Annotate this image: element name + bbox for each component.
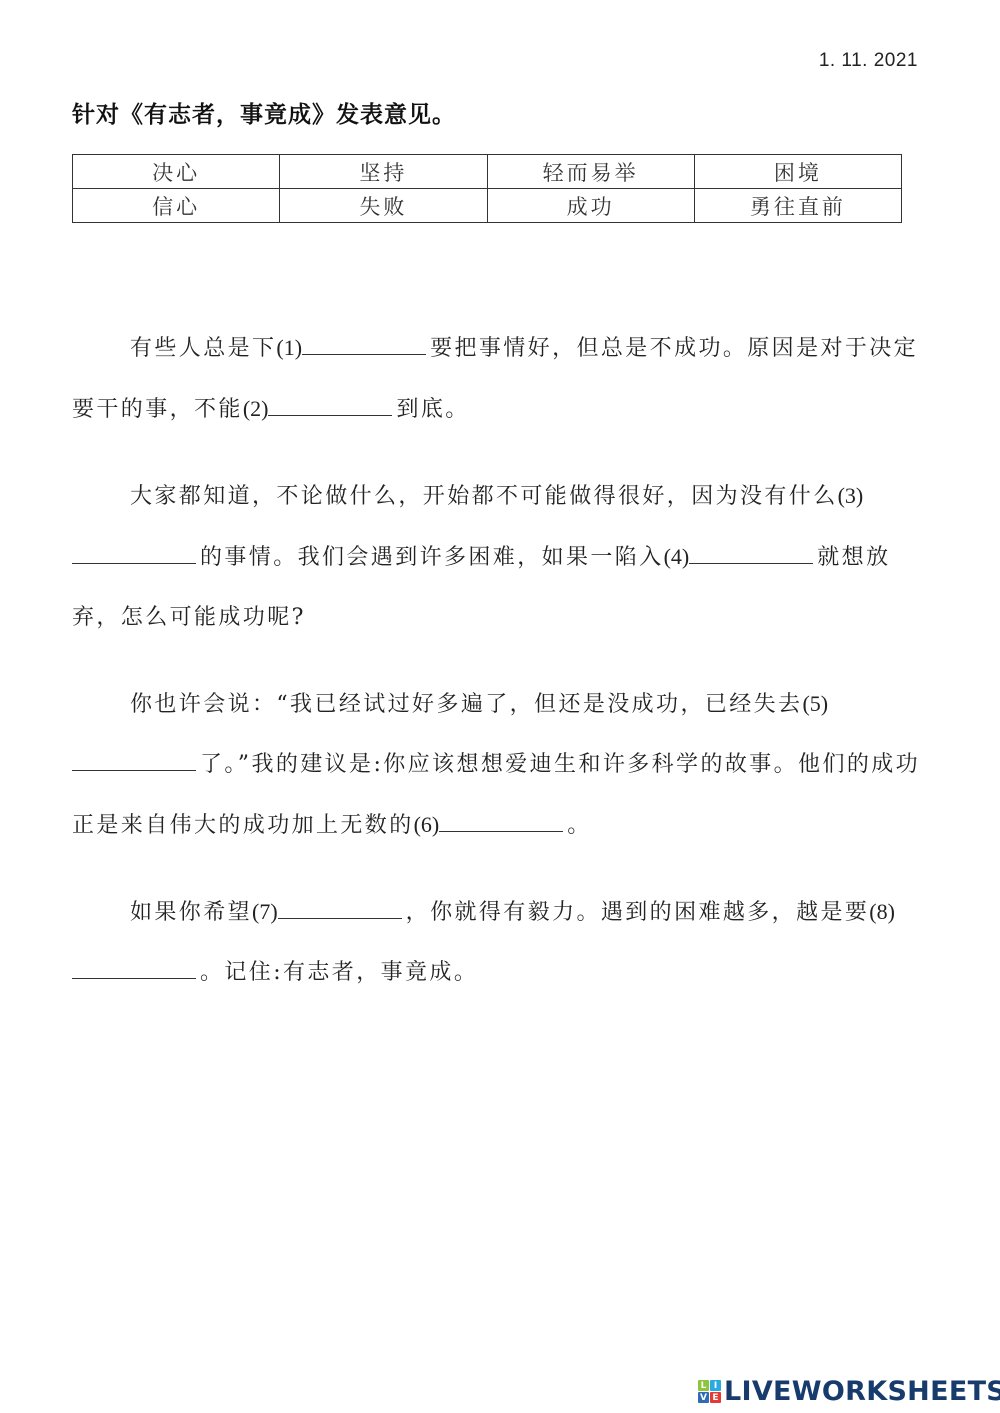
word-bank-cell: 失败	[280, 189, 487, 223]
passage-text: ，你就得有毅力。遇到的困难越多，越是要	[406, 900, 870, 925]
word-bank-row: 信心 失败 成功 勇往直前	[73, 189, 902, 223]
blank-label-8: (8)	[869, 899, 895, 924]
passage-text: 大家都知道，不论做什么，开始都不可能做得很好，因为没有什么	[130, 484, 838, 509]
blank-label-7: (7)	[252, 899, 278, 924]
blank-label-1: (1)	[276, 335, 302, 360]
passage-text: 的事情。我们会遇到许多困难，如果一陷入	[200, 545, 664, 570]
blank-label-4: (4)	[664, 544, 690, 569]
answer-blank-2[interactable]	[268, 395, 392, 416]
passage-text: 你也许会说：“我已经试过好多遍了，但还是没成功，已经失去	[130, 692, 802, 717]
word-bank-cell: 成功	[487, 189, 694, 223]
cube-i: I	[710, 1380, 721, 1391]
blank-label-3: (3)	[838, 483, 864, 508]
answer-blank-1[interactable]	[302, 334, 426, 355]
paragraph-1: 有些人总是下(1)要把事情好，但总是不成功。原因是对于决定要干的事，不能(2)到…	[72, 318, 930, 440]
liveworksheets-logo: L I V E LIVEWORKSHEETS	[698, 1376, 1000, 1407]
passage-text: 。	[567, 813, 591, 838]
worksheet-title: 针对《有志者，事竟成》发表意见。	[72, 96, 456, 129]
answer-blank-6[interactable]	[439, 811, 563, 832]
passage: 有些人总是下(1)要把事情好，但总是不成功。原因是对于决定要干的事，不能(2)到…	[72, 318, 930, 1029]
cube-e: E	[710, 1392, 721, 1403]
word-bank-cell: 勇往直前	[694, 189, 901, 223]
passage-text: 有些人总是下	[130, 336, 276, 361]
word-bank-cell: 决心	[73, 155, 280, 189]
word-bank-cell: 信心	[73, 189, 280, 223]
word-bank-cell: 坚持	[280, 155, 487, 189]
answer-blank-3[interactable]	[72, 543, 196, 564]
paragraph-3: 你也许会说：“我已经试过好多遍了，但还是没成功，已经失去(5)了。”我的建议是:…	[72, 674, 930, 856]
answer-blank-7[interactable]	[278, 898, 402, 919]
cube-l: L	[698, 1380, 709, 1391]
answer-blank-4[interactable]	[689, 543, 813, 564]
word-bank-cell: 困境	[694, 155, 901, 189]
brand-name: LIVEWORKSHEETS	[724, 1376, 1000, 1407]
paragraph-2: 大家都知道，不论做什么，开始都不可能做得很好，因为没有什么(3)的事情。我们会遇…	[72, 466, 930, 648]
passage-text: 。记住:有志者，事竟成。	[200, 960, 478, 985]
word-bank-cell: 轻而易举	[487, 155, 694, 189]
paragraph-4: 如果你希望(7)，你就得有毅力。遇到的困难越多，越是要(8)。记住:有志者，事竟…	[72, 882, 930, 1003]
blank-label-6: (6)	[414, 812, 440, 837]
blank-label-2: (2)	[243, 396, 269, 421]
word-bank-row: 决心 坚持 轻而易举 困境	[73, 155, 902, 189]
cube-v: V	[698, 1392, 709, 1403]
answer-blank-5[interactable]	[72, 750, 196, 771]
worksheet-date: 1. 11. 2021	[819, 50, 918, 72]
answer-blank-8[interactable]	[72, 958, 196, 979]
word-bank-table: 决心 坚持 轻而易举 困境 信心 失败 成功 勇往直前	[72, 154, 902, 223]
blank-label-5: (5)	[802, 691, 828, 716]
live-cubes-icon: L I V E	[698, 1380, 721, 1403]
passage-text: 如果你希望	[130, 900, 252, 925]
passage-text: 到底。	[396, 397, 469, 422]
